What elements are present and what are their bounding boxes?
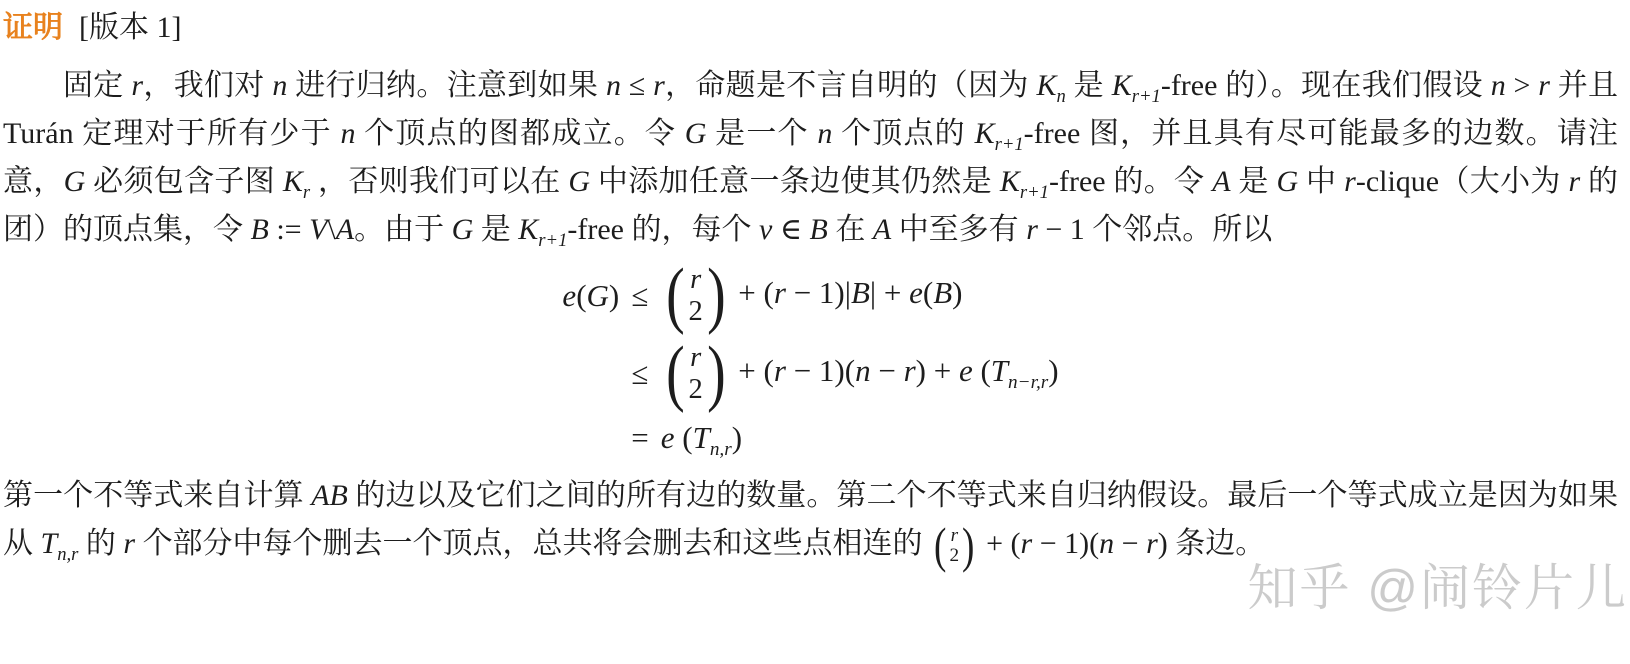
paragraph-explanation: 第一个不等式来自计算 AB 的边以及它们之间的所有边的数量。第二个不等式来自归纳… — [3, 472, 1618, 568]
proof-heading: 证明 — [3, 11, 63, 44]
equation-1-rhs: (r2) + (r − 1)|B| + e(B) — [661, 264, 963, 328]
equation-3-relation: = — [631, 420, 648, 456]
version-label: [版本 1] — [79, 11, 181, 44]
equation-2-rhs: (r2) + (r − 1)(n − r) + e (Tn−r,r) — [661, 342, 1059, 406]
binomial-coefficient: (r2) — [663, 264, 729, 328]
equation-3-rhs: e (Tn,r) — [661, 420, 742, 456]
proof-title-line: 证明[版本 1] — [3, 8, 1618, 48]
equation-1-lhs: e(G) — [562, 278, 619, 314]
equation-2-relation: ≤ — [631, 356, 648, 392]
equation-block: e(G) ≤ (r2) + (r − 1)|B| + e(B) ≤ (r2) +… — [3, 264, 1618, 456]
binomial-coefficient: (r2) — [932, 526, 977, 566]
document-page: 证明[版本 1] 固定 r，我们对 n 进行归纳。注意到如果 n ≤ r，命题是… — [0, 0, 1630, 568]
equation-1-relation: ≤ — [631, 278, 648, 314]
binomial-coefficient: (r2) — [663, 342, 729, 406]
paragraph-intro: 固定 r，我们对 n 进行归纳。注意到如果 n ≤ r，命题是不言自明的（因为 … — [3, 62, 1618, 254]
